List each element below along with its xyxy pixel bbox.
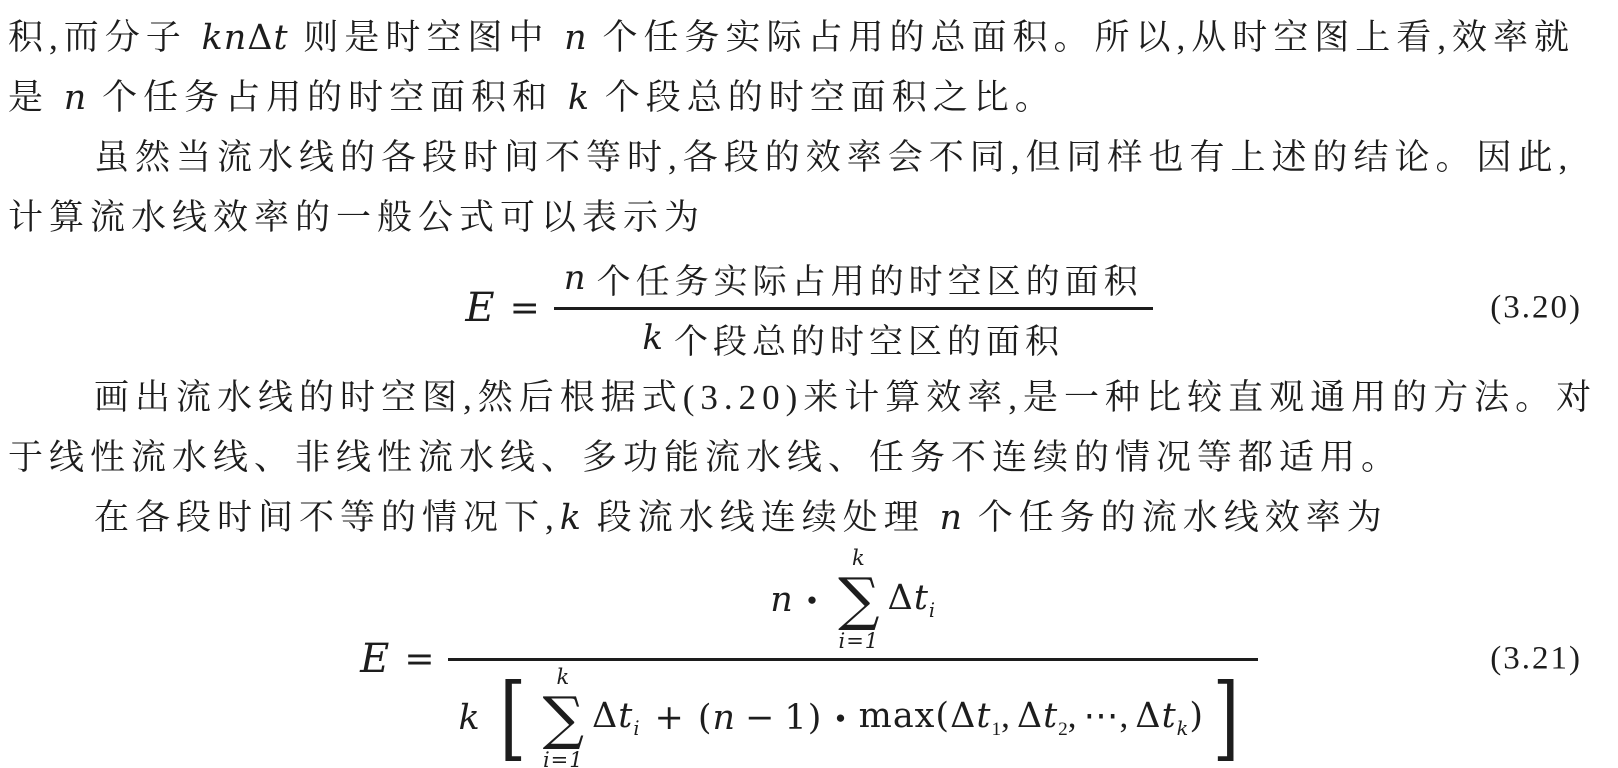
math-var-k: k	[458, 698, 480, 738]
equation-321-body: E = n ● k ∑ i=1 Δti k [	[360, 542, 1258, 768]
text-run: 则是时空图中	[289, 18, 565, 57]
equation-321: E = n ● k ∑ i=1 Δti k [	[8, 548, 1610, 768]
multiplication-dot: ●	[807, 590, 817, 610]
equation-320: E = n个任务实际占用的时空区的面积 k个段总的时空区的面积 (3.20)	[8, 248, 1610, 368]
math-term-dt-i: Δti	[888, 578, 937, 622]
denominator-text: 个段总的时空区的面积	[674, 314, 1064, 363]
sum-lower-limit: i=1	[543, 748, 584, 768]
text-run: 个任务的流水线效率为	[963, 498, 1388, 537]
text-run: 画出流水线的时空图,然后根据式(3.20)来计算效率,是一种比较直观通用的方法。…	[94, 378, 1597, 417]
math-var-E: E	[360, 636, 390, 682]
number-one: 1	[784, 698, 807, 738]
para-line-5: 画出流水线的时空图,然后根据式(3.20)来计算效率,是一种比较直观通用的方法。…	[8, 368, 1610, 428]
text-run: 个任务实际占用的总面积。所以,从时空图上看,效率就	[588, 18, 1575, 57]
math-var-t: t	[274, 18, 289, 58]
summation: k ∑ i=1	[838, 546, 879, 653]
math-var-n: n	[564, 258, 587, 298]
left-paren: (	[935, 696, 950, 736]
math-delta: Δ	[1135, 696, 1161, 736]
equals-sign: =	[510, 288, 540, 329]
math-delta: Δ	[950, 696, 976, 736]
sigma-symbol: ∑	[543, 689, 584, 748]
math-term-n-minus-1: (n−1)	[698, 698, 822, 738]
text-run: 段流水线连续处理	[582, 498, 940, 537]
right-paren: )	[1189, 696, 1204, 736]
cdots: ⋯	[1084, 696, 1120, 736]
numerator: n ● k ∑ i=1 Δti	[760, 542, 946, 657]
equals-sign: =	[404, 639, 434, 680]
text-run: 积,而分子	[8, 18, 202, 57]
denominator: k [ k ∑ i=1 Δti + (n−1) ● max(Δt1,Δt2,⋯,…	[448, 661, 1257, 768]
minus-sign: −	[745, 698, 775, 738]
math-var-E: E	[465, 285, 495, 331]
numerator-text: 个任务实际占用的时空区的面积	[597, 254, 1143, 303]
equation-number-321: (3.21)	[1490, 641, 1582, 678]
sigma-symbol: ∑	[838, 570, 879, 629]
multiplication-dot: ●	[835, 708, 845, 728]
equation-320-body: E = n个任务实际占用的时空区的面积 k个段总的时空区的面积	[465, 250, 1152, 367]
denominator: k个段总的时空区的面积	[632, 310, 1074, 367]
text-run: 是	[8, 78, 64, 117]
subscript-i: i	[633, 717, 640, 740]
math-delta: Δ	[1017, 696, 1043, 736]
subscript-2: 2	[1058, 719, 1068, 740]
left-bracket: [	[499, 677, 526, 760]
fraction: n ● k ∑ i=1 Δti k [ k ∑ i=	[448, 542, 1257, 768]
comma: ,	[1068, 696, 1077, 735]
right-paren: )	[808, 698, 823, 738]
math-var-kn: kn	[202, 18, 248, 58]
math-var-n: n	[940, 498, 964, 538]
plus-sign: +	[655, 698, 684, 738]
textbook-page: 积,而分子 knΔt 则是时空图中 n 个任务实际占用的总面积。所以,从时空图上…	[0, 0, 1618, 768]
math-var-t: t	[618, 696, 633, 736]
text-run: 于线性流水线、非线性流水线、多功能流水线、任务不连续的情况等都适用。	[8, 438, 1402, 477]
math-var-n: n	[564, 18, 588, 58]
math-delta: Δ	[247, 18, 273, 58]
math-var-t: t	[976, 696, 991, 736]
para-line-3: 虽然当流水线的各段时间不等时,各段的效率会不同,但同样也有上述的结论。因此,	[8, 128, 1610, 188]
text-run: 在各段时间不等的情况下,	[94, 498, 560, 537]
math-delta: Δ	[592, 696, 618, 736]
para-line-7: 在各段时间不等的情况下,k 段流水线连续处理 n 个任务的流水线效率为	[8, 488, 1610, 548]
max-function: max	[859, 696, 936, 736]
equation-number-320: (3.20)	[1490, 290, 1582, 327]
sum-lower-limit: i=1	[838, 629, 879, 653]
right-bracket: ]	[1212, 677, 1239, 760]
subscript-i: i	[929, 599, 936, 622]
math-var-t: t	[1043, 696, 1058, 736]
text-run: 个段总的时空面积之比。	[590, 78, 1056, 117]
math-var-k: k	[568, 78, 590, 118]
comma: ,	[1001, 696, 1010, 735]
math-var-n: n	[713, 698, 737, 738]
text-run: 个任务占用的时空面积和	[87, 78, 568, 117]
para-line-1: 积,而分子 knΔt 则是时空图中 n 个任务实际占用的总面积。所以,从时空图上…	[8, 8, 1610, 68]
text-run: 虽然当流水线的各段时间不等时,各段的效率会不同,但同样也有上述的结论。因此,	[94, 138, 1573, 177]
numerator: n个任务实际占用的时空区的面积	[554, 250, 1153, 307]
subscript-k: k	[1177, 717, 1190, 740]
subscript-1: 1	[991, 719, 1001, 740]
comma: ,	[1120, 696, 1129, 735]
math-var-n: n	[770, 580, 794, 620]
para-line-6: 于线性流水线、非线性流水线、多功能流水线、任务不连续的情况等都适用。	[8, 428, 1610, 488]
text-run: 计算流水线效率的一般公式可以表示为	[8, 198, 705, 237]
math-var-k: k	[560, 498, 582, 538]
math-delta: Δ	[888, 578, 914, 618]
math-var-n: n	[64, 78, 88, 118]
left-paren: (	[698, 698, 713, 738]
math-var-t: t	[1162, 696, 1177, 736]
summation: k ∑ i=1	[543, 665, 584, 768]
para-line-2: 是 n 个任务占用的时空面积和 k 个段总的时空面积之比。	[8, 68, 1610, 128]
math-var-t: t	[914, 578, 929, 618]
math-term-dt-i: Δti	[592, 696, 641, 740]
para-line-4: 计算流水线效率的一般公式可以表示为	[8, 188, 1610, 248]
fraction: n个任务实际占用的时空区的面积 k个段总的时空区的面积	[554, 250, 1153, 367]
math-var-k: k	[642, 318, 664, 358]
math-term-max: max(Δt1,Δt2,⋯,Δtk)	[859, 696, 1204, 741]
